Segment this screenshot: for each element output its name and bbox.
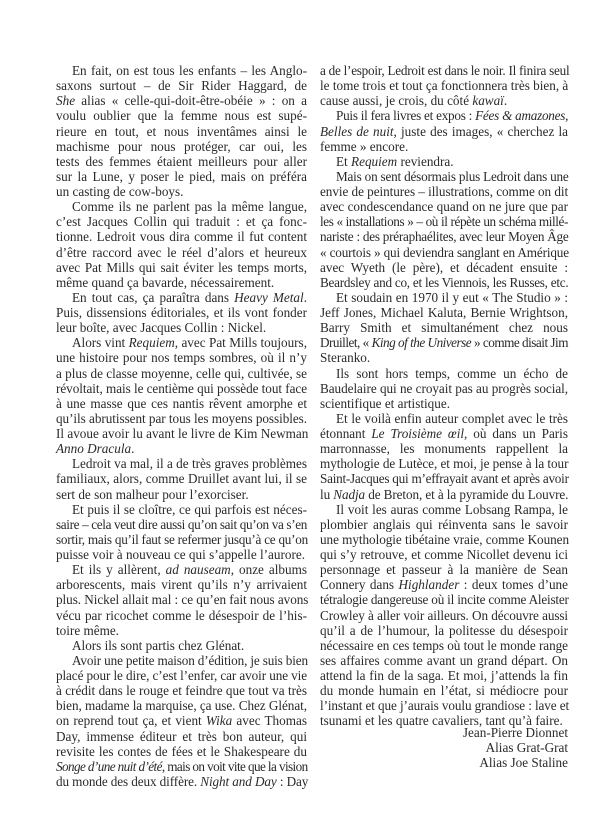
text-line: Et le voilà enfin auteur complet avec le… [320, 411, 568, 426]
text-line: avec condescendance quand on ne jure que… [320, 199, 568, 214]
text-line: Il avoue avoir lu avant le livre de Kim … [56, 426, 307, 441]
text-line: Steranko. [320, 350, 568, 365]
text-line: Alors ils sont partis chez Glénat. [56, 638, 307, 653]
text-line: avec Wyeth (le père), et décadent ensuit… [320, 260, 568, 275]
text-line: plombier anglais qui réinventa sans le s… [320, 517, 568, 532]
text-line: Ils sont hors temps, comme un écho de [320, 366, 568, 381]
text-line: Saint-Jacques qui m’effrayait avant et a… [320, 471, 568, 486]
text-line: Songe d’une nuit d’été, mais on voit vit… [56, 759, 307, 774]
text-line: Day, immense éditeur et très bon auteur,… [56, 729, 307, 744]
text-line: qu’il a de l’humour, la politesse du dés… [320, 623, 568, 638]
text-line: a de l’espoir, Ledroit est dans le noir.… [320, 63, 568, 78]
text-line: Connery dans Highlander : deux tomes d’u… [320, 577, 568, 592]
text-line: vécu par ricochet comme le désespoir de … [56, 608, 307, 623]
text-line: Et Requiem reviendra. [320, 154, 568, 169]
text-line: Beardsley and co, et les Viennois, les R… [320, 275, 568, 290]
text-line: Puis il fera livres et expos : Fées & am… [320, 108, 568, 123]
text-line: « courtois » qui deviendra sanglant en A… [320, 245, 568, 260]
text-line: Puis, dissensions éditoriales, et ils vo… [56, 305, 307, 320]
text-line: Et puis il se cloître, ce qui parfois es… [56, 502, 307, 517]
text-line: Baudelaire qui ne croyait pas au progrès… [320, 381, 568, 396]
text-line: Jeff Jones, Michael Kaluta, Bernie Wrigh… [320, 305, 568, 320]
signature-alias: Alias Joe Staline [320, 755, 568, 770]
text-line: on reprend tout ça, et vient Wika avec T… [56, 713, 307, 728]
text-line: avec Pat Mills qui sait éviter les temps… [56, 260, 307, 275]
left-column: En fait, on est tous les enfants – les A… [56, 63, 307, 789]
text-line: Mais on sent désormais plus Ledroit dans… [320, 169, 568, 184]
text-line: She alias « celle-qui-doit-être-obéie » … [56, 93, 307, 108]
text-line: machisme pour nous protéger, car oui, le… [56, 139, 307, 154]
text-line: placé pour le dire, c’est l’enfer, car a… [56, 668, 307, 683]
text-line: tionne. Ledroit vous dira comme il fut c… [56, 229, 307, 244]
text-line: une mythologie tibétaine vraie, comme Ko… [320, 532, 568, 547]
text-line: qu’ils abrutissent par tous les moyens p… [56, 411, 307, 426]
text-line: lu Nadja de Breton, et à la pyramide du … [320, 487, 568, 502]
text-line: saire – cela veut dire aussi qu’on sait … [56, 517, 307, 532]
right-column: a de l’espoir, Ledroit est dans le noir.… [320, 63, 568, 729]
text-line: bien, madame la marquise, ça use. Chez G… [56, 698, 307, 713]
text-line: marronnasse, les monuments rappellent la [320, 441, 568, 456]
text-line: cause aussi, je crois, du côté kawaï. [320, 93, 568, 108]
text-line: Anno Dracula. [56, 441, 307, 456]
text-line: même quand ça bavarde, nécessairement. [56, 275, 307, 290]
text-line: Ledroit va mal, il a de très graves prob… [56, 456, 307, 471]
text-line: sortir, mais qu’il faut se refermer jusq… [56, 532, 307, 547]
text-line: familiaux, alors, comme Druillet avant l… [56, 471, 307, 486]
text-line: révoltait, mais le centième qui possède … [56, 381, 307, 396]
text-line: d’être raccord avec le réel d’alors et h… [56, 245, 307, 260]
text-line: une histoire pour nos temps sombres, où … [56, 350, 307, 365]
text-line: femme » encore. [320, 139, 568, 154]
text-line: tétralogie dangereuse où il incite comme… [320, 592, 568, 607]
text-line: En fait, on est tous les enfants – les A… [56, 63, 307, 78]
text-line: sert de son malheur pour l’exorciser. [56, 487, 307, 502]
document-page: En fait, on est tous les enfants – les A… [0, 0, 616, 837]
text-line: c’est Jacques Collin qui traduit : et ça… [56, 214, 307, 229]
text-line: envie de peintures – illustrations, comm… [320, 184, 568, 199]
text-line: nariste : des préraphaélites, avec leur … [320, 229, 568, 244]
signature-alias: Alias Grat-Grat [320, 740, 568, 755]
text-line: rieure en tout, et nous inventâmes ainsi… [56, 124, 307, 139]
text-line: plus. Nickel allait mal : ce qu’en fait … [56, 592, 307, 607]
text-line: Crowley à aller voir ailleurs. On découv… [320, 608, 568, 623]
text-line: à crédit dans le rouge et feindre que to… [56, 683, 307, 698]
text-line: scientifique et artistique. [320, 396, 568, 411]
text-line: a plus de classe moyenne, celle qui, cul… [56, 366, 307, 381]
text-line: un casting de cow-boys. [56, 184, 307, 199]
text-line: à une masse que ces nantis rêvent amorph… [56, 396, 307, 411]
text-line: Et soudain en 1970 il y eut « The Studio… [320, 290, 568, 305]
text-line: Et ils y allèrent, ad nauseam, onze albu… [56, 562, 307, 577]
text-line: le tome trois et tout ça fonctionnera tr… [320, 78, 568, 93]
text-line: puisse voir à nouveau ce qui s’appelle l… [56, 547, 307, 562]
text-line: du monde humain en l’état, si médiocre p… [320, 683, 568, 698]
text-line: ses affaires comme avant un grand départ… [320, 653, 568, 668]
text-line: Il voit les auras comme Lobsang Rampa, l… [320, 502, 568, 517]
text-line: En tout cas, ça paraîtra dans Heavy Meta… [56, 290, 307, 305]
text-line: Druillet, « King of the Universe » comme… [320, 335, 568, 350]
text-line: Avoir une petite maison d’édition, je su… [56, 653, 307, 668]
text-line: Barry Smith et simultanément chez nous [320, 320, 568, 335]
signature-name: Jean-Pierre Dionnet [320, 725, 568, 740]
text-line: attend la fin de la saga. Et moi, j’atte… [320, 668, 568, 683]
text-line: Alors vint Requiem, avec Pat Mills toujo… [56, 335, 307, 350]
text-line: revisite les contes de fées et le Shakes… [56, 744, 307, 759]
text-line: arborescents, mais virent qu’ils n’y arr… [56, 577, 307, 592]
text-line: mythologie de Lutèce, et moi, je pense à… [320, 456, 568, 471]
text-line: qui s’y retrouve, et comme Nicollet deve… [320, 547, 568, 562]
text-line: du monde des deux diffère. Night and Day… [56, 774, 307, 789]
text-line: Belles de nuit, juste des images, « cher… [320, 124, 568, 139]
text-line: personnage et passeur à la manière de Se… [320, 562, 568, 577]
text-line: leur boîte, avec Jacques Collin : Nickel… [56, 320, 307, 335]
text-line: voulu oublier que la femme nous est supé… [56, 108, 307, 123]
text-line: les « installations » – où il répète un … [320, 214, 568, 229]
text-line: saxons surtout – de Sir Rider Haggard, d… [56, 78, 307, 93]
text-line: l’instant et que j’aurais voulu grandios… [320, 698, 568, 713]
text-line: sur la Lune, y poser le pied, mais on pr… [56, 169, 307, 184]
signature-block: Jean-Pierre Dionnet Alias Grat-Grat Alia… [320, 725, 568, 770]
text-line: Comme ils ne parlent pas la même langue, [56, 199, 307, 214]
text-line: tests des femmes étaient meilleurs pour … [56, 154, 307, 169]
text-line: nécessaire en ces temps où tout le monde… [320, 638, 568, 653]
text-line: étonnant Le Troisième œil, où dans un Pa… [320, 426, 568, 441]
text-line: toire même. [56, 623, 307, 638]
